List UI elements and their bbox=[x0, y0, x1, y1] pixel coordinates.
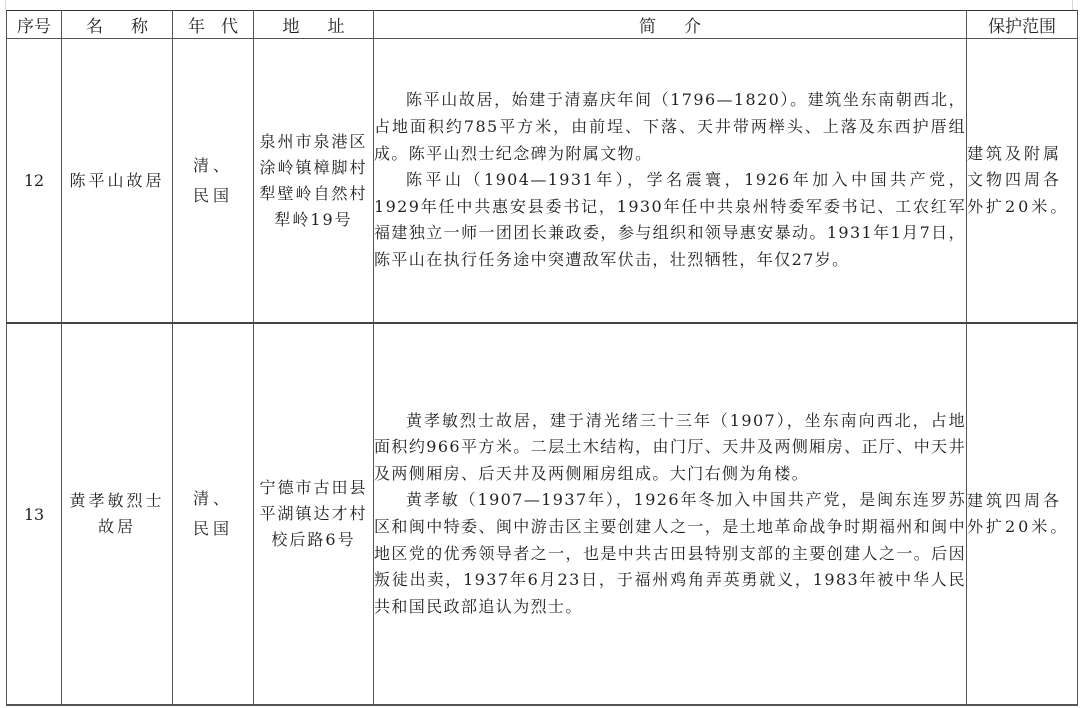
protection-scope: 建筑四周各外扩20米。 bbox=[967, 323, 1078, 705]
header-name: 名称 bbox=[62, 11, 173, 39]
era-line: 清、 bbox=[173, 151, 253, 181]
era-line: 民国 bbox=[173, 181, 253, 211]
row-index: 13 bbox=[7, 323, 62, 705]
table-row: 13 黄孝敏烈士故居 清、 民国 宁德市古田县平湖镇达才村校后路6号 黄孝敏烈士… bbox=[7, 323, 1078, 705]
header-era: 年代 bbox=[173, 11, 254, 39]
description-paragraph: 黄孝敏烈士故居，建于清光绪三十三年（1907），坐东南向西北，占地面积约966平… bbox=[374, 408, 966, 488]
era-line: 清、 bbox=[173, 484, 253, 514]
page-margin-mark-left bbox=[5, 0, 6, 10]
header-description: 简介 bbox=[374, 11, 967, 39]
site-name: 黄孝敏烈士故居 bbox=[62, 323, 173, 705]
site-description: 陈平山故居，始建于清嘉庆年间（1796—1820）。建筑坐东南朝西北，占地面积约… bbox=[374, 39, 967, 324]
site-description: 黄孝敏烈士故居，建于清光绪三十三年（1907），坐东南向西北，占地面积约966平… bbox=[374, 323, 967, 705]
site-name: 陈平山故居 bbox=[62, 39, 173, 324]
table-header-row: 序号 名称 年代 地址 简介 保护范围 bbox=[7, 11, 1078, 39]
description-paragraph: 陈平山（1904—1931年），学名震寰，1926年加入中国共产党，1929年任… bbox=[374, 167, 966, 273]
page-margin-mark-right bbox=[1072, 0, 1073, 10]
site-era: 清、 民国 bbox=[173, 323, 254, 705]
site-era: 清、 民国 bbox=[173, 39, 254, 324]
site-address: 泉州市泉港区涂岭镇樟脚村犁壁岭自然村犁岭19号 bbox=[254, 39, 374, 324]
protection-scope: 建筑及附属文物四周各外扩20米。 bbox=[967, 39, 1078, 324]
header-address: 地址 bbox=[254, 11, 374, 39]
heritage-sites-table: 序号 名称 年代 地址 简介 保护范围 12 陈平山故居 清、 民国 泉州市泉港… bbox=[6, 10, 1078, 706]
row-index: 12 bbox=[7, 39, 62, 324]
site-address: 宁德市古田县平湖镇达才村校后路6号 bbox=[254, 323, 374, 705]
era-line: 民国 bbox=[173, 514, 253, 544]
header-protection-scope: 保护范围 bbox=[967, 11, 1078, 39]
header-index: 序号 bbox=[7, 11, 62, 39]
description-paragraph: 陈平山故居，始建于清嘉庆年间（1796—1820）。建筑坐东南朝西北，占地面积约… bbox=[374, 87, 966, 167]
table-row: 12 陈平山故居 清、 民国 泉州市泉港区涂岭镇樟脚村犁壁岭自然村犁岭19号 陈… bbox=[7, 39, 1078, 324]
description-paragraph: 黄孝敏（1907—1937年），1926年冬加入中国共产党，是闽东连罗苏区和闽中… bbox=[374, 487, 966, 620]
